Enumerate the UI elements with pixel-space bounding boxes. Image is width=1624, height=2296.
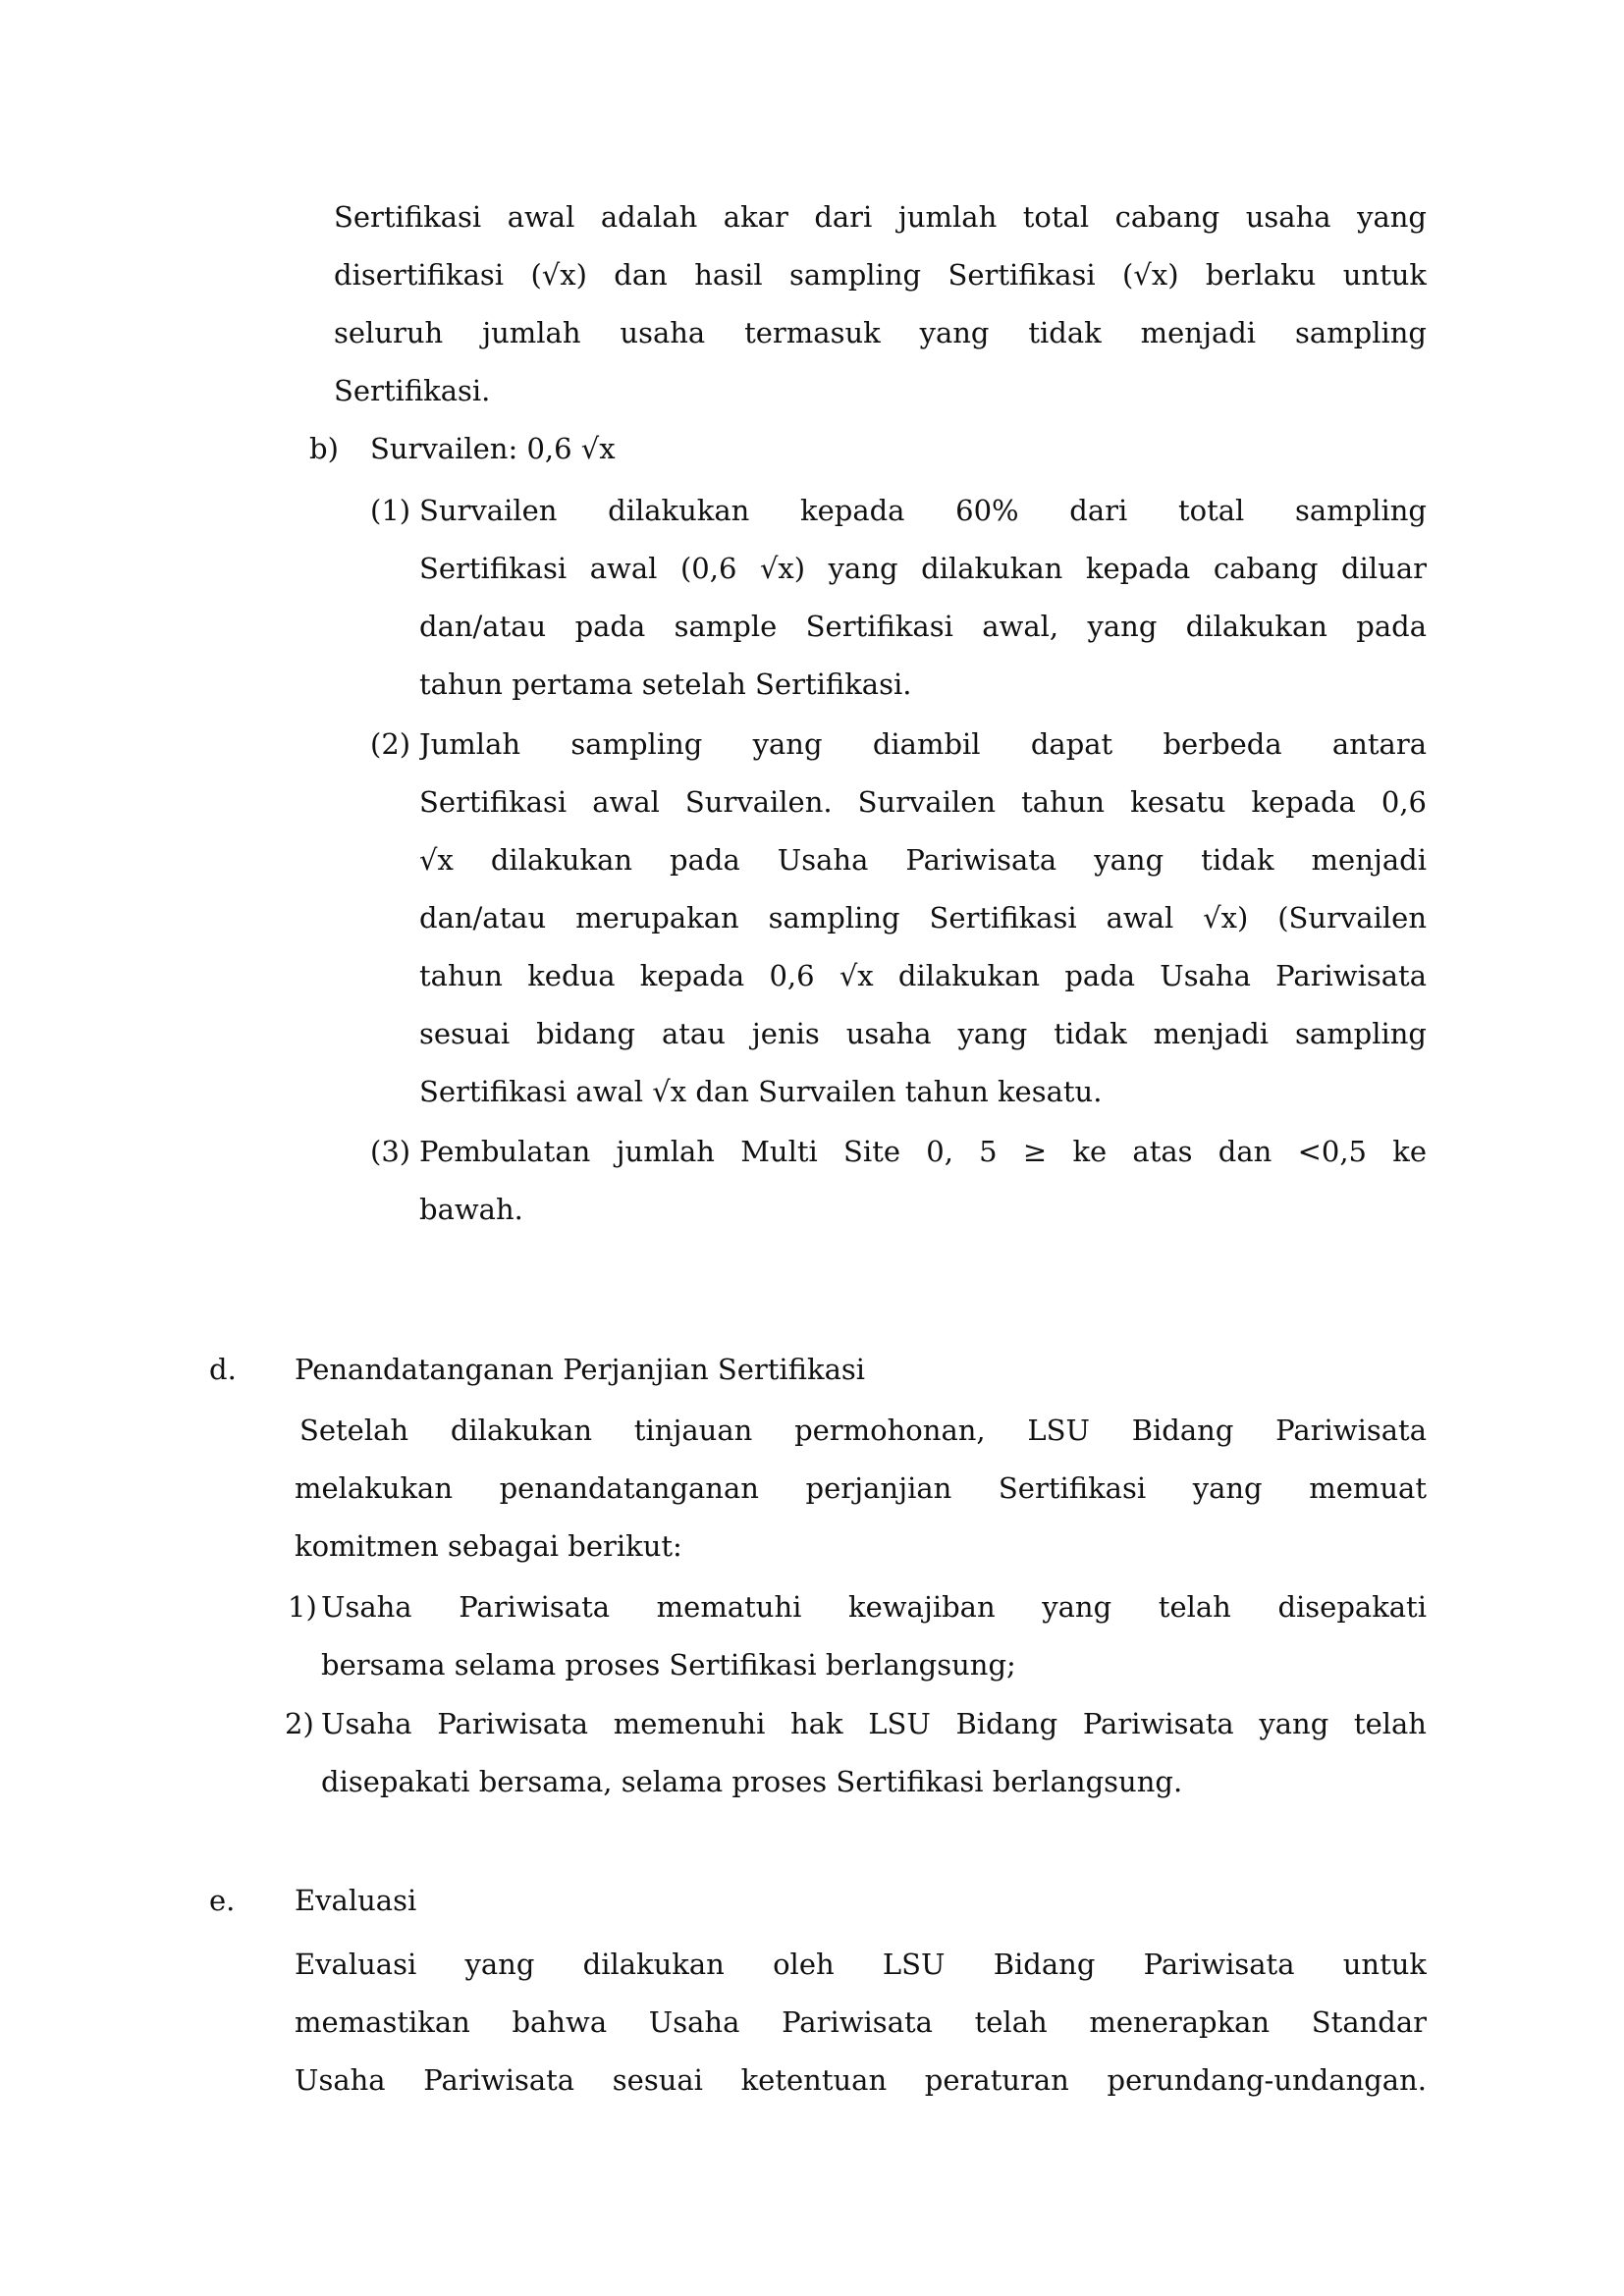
section-d-item-2-line: Usaha Pariwisata memenuhi hak LSU Bidang… [321, 1706, 1427, 1741]
subitem-3-line: Pembulatan jumlah Multi Site 0, 5 ≥ ke a… [419, 1134, 1427, 1169]
intro-line: Sertifikasi awal adalah akar dari jumlah… [334, 199, 1427, 235]
subitem-2-line: Jumlah sampling yang diambil dapat berbe… [419, 726, 1427, 762]
document-page: Sertifikasi awal adalah akar dari jumlah… [0, 0, 1624, 2296]
section-d-item-1-line: bersama selama proses Sertifikasi berlan… [321, 1647, 1016, 1682]
subitem-1-line: Survailen dilakukan kepada 60% dari tota… [419, 493, 1427, 528]
section-e-heading: Evaluasi [295, 1883, 416, 1918]
subitem-marker-2: (2) [370, 726, 410, 762]
intro-line: disertifikasi (√x) dan hasil sampling Se… [334, 257, 1427, 293]
intro-line: seluruh jumlah usaha termasuk yang tidak… [334, 315, 1427, 350]
section-d-item-2-line: disepakati bersama, selama proses Sertif… [321, 1764, 1182, 1799]
subitem-2-line: Sertifikasi awal Survailen. Survailen ta… [419, 784, 1427, 820]
list-marker-2: 2) [285, 1706, 314, 1741]
item-b-title: Survailen: 0,6 √x [370, 431, 616, 466]
intro-line: Sertifikasi. [334, 373, 490, 408]
subitem-2-line: Sertifikasi awal √x dan Survailen tahun … [419, 1074, 1102, 1109]
subitem-2-line: sesuai bidang atau jenis usaha yang tida… [419, 1016, 1427, 1051]
section-e-paragraph-line: Usaha Pariwisata sesuai ketentuan peratu… [295, 2062, 1427, 2098]
subitem-marker-3: (3) [370, 1134, 410, 1169]
section-marker-e: e. [209, 1883, 235, 1918]
subitem-2-line: dan/atau merupakan sampling Sertifikasi … [419, 900, 1427, 935]
section-d-paragraph-line: melakukan penandatanganan perjanjian Ser… [295, 1470, 1427, 1506]
list-marker-b: b) [309, 431, 339, 466]
subitem-2-line: √x dilakukan pada Usaha Pariwisata yang … [419, 842, 1427, 878]
section-e-paragraph-line: memastikan bahwa Usaha Pariwisata telah … [295, 2004, 1427, 2040]
subitem-2-line: tahun kedua kepada 0,6 √x dilakukan pada… [419, 958, 1427, 993]
list-marker-1: 1) [288, 1589, 317, 1625]
subitem-3-line: bawah. [419, 1192, 523, 1227]
subitem-1-line: Sertifikasi awal (0,6 √x) yang dilakukan… [419, 551, 1427, 586]
section-d-item-1-line: Usaha Pariwisata mematuhi kewajiban yang… [321, 1589, 1427, 1625]
section-marker-d: d. [209, 1352, 237, 1387]
subitem-1-line: dan/atau pada sample Sertifikasi awal, y… [419, 609, 1427, 644]
section-d-paragraph-line: komitmen sebagai berikut: [295, 1528, 682, 1564]
section-e-paragraph-line: Evaluasi yang dilakukan oleh LSU Bidang … [295, 1947, 1427, 1982]
section-d-paragraph-line: Setelah dilakukan tinjauan permohonan, L… [299, 1413, 1427, 1448]
section-d-heading: Penandatanganan Perjanjian Sertifikasi [295, 1352, 865, 1387]
subitem-1-line: tahun pertama setelah Sertifikasi. [419, 667, 911, 702]
subitem-marker-1: (1) [370, 493, 410, 528]
